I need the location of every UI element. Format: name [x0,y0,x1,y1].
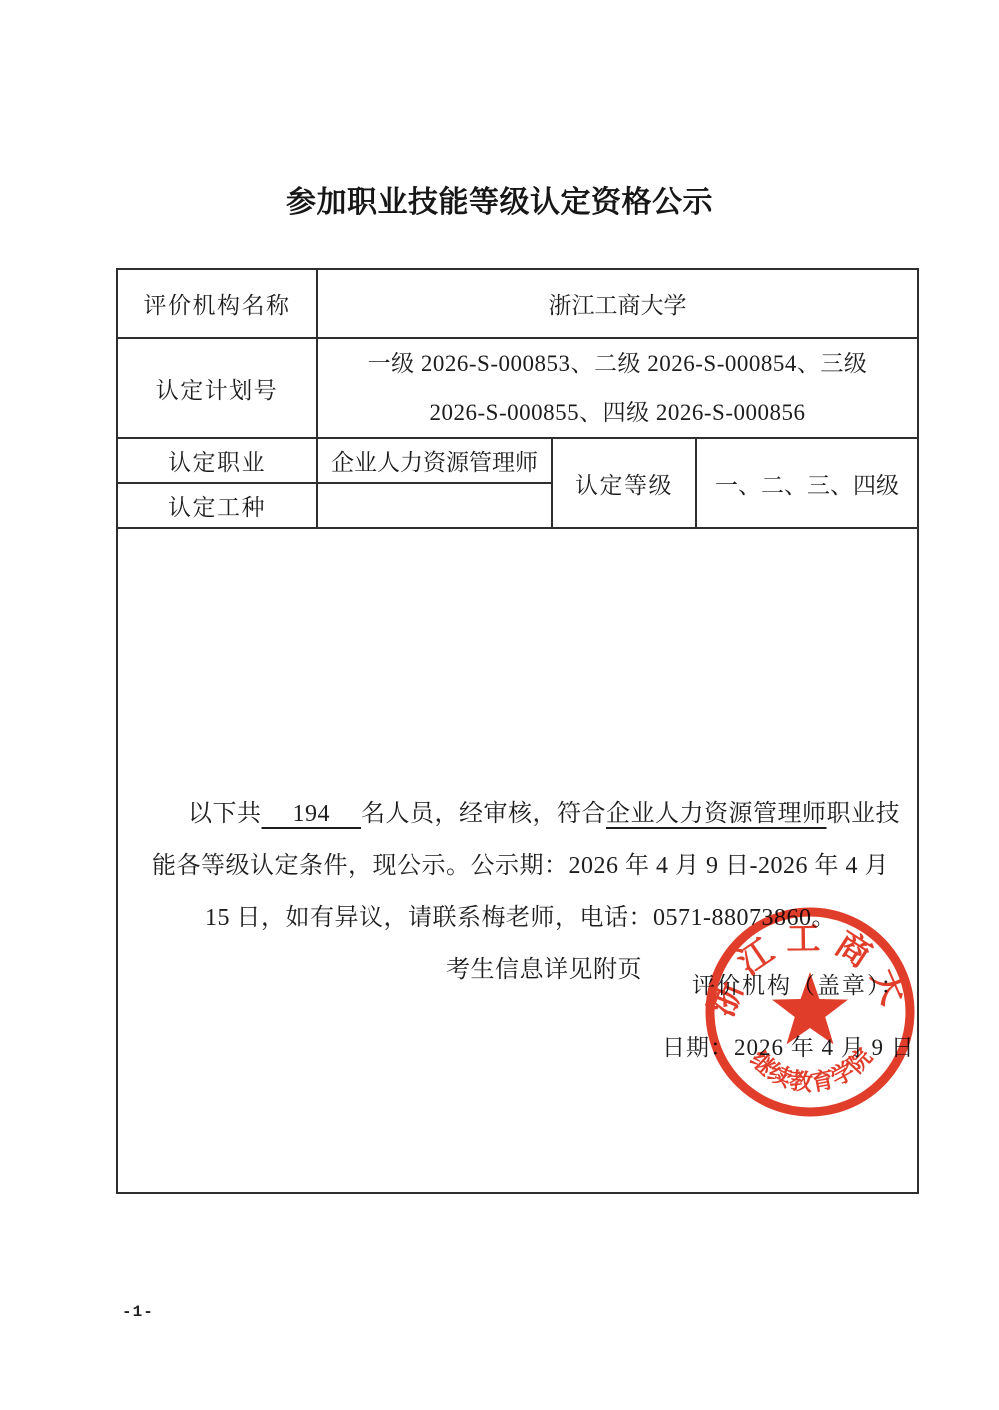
seal-bottom-text: 继续教育学院 [746,1043,878,1096]
notice-line-2: 能各等级认定条件，现公示。公示期：2026 年 4 月 9 日-2026 年 4… [132,840,909,892]
notice-body-cell: 以下共 194 名人员，经审核，符合企业人力资源管理师职业技 能各等级认定条件，… [117,528,918,1193]
certification-info-table: 评价机构名称 浙江工商大学 认定计划号 一级 2026-S-000853、二级 … [116,268,919,1194]
notice-text: 职业技 [827,801,901,827]
occupation-underlined: 企业人力资源管理师 [606,801,827,827]
plan-number-value: 一级 2026-S-000853、二级 2026-S-000854、三级 202… [317,338,918,438]
occupation-label: 认定职业 [117,438,317,483]
notice-text: 以下共 [188,801,262,827]
plan-number-label: 认定计划号 [117,338,317,438]
level-value: 一、二、三、四级 [696,438,918,528]
seal-star-icon [772,972,848,1044]
table-row: 认定计划号 一级 2026-S-000853、二级 2026-S-000854、… [117,338,918,438]
table-row: 评价机构名称 浙江工商大学 [117,269,918,338]
page-title: 参加职业技能等级认定资格公示 [0,177,999,221]
notice-text: 名人员，经审核，符合 [361,801,606,827]
document-page: 参加职业技能等级认定资格公示 评价机构名称 浙江工商大学 认定计划号 一级 20… [0,0,999,1410]
org-name-label: 评价机构名称 [117,269,317,338]
level-label: 认定等级 [552,438,696,528]
plan-number-line-2: 2026-S-000855、四级 2026-S-000856 [318,388,917,437]
org-name-value: 浙江工商大学 [317,269,918,338]
plan-number-line-1: 一级 2026-S-000853、二级 2026-S-000854、三级 [318,339,917,388]
notice-line-1: 以下共 194 名人员，经审核，符合企业人力资源管理师职业技 [132,788,909,840]
candidate-count-underlined: 194 [262,801,362,827]
table-row: 认定职业 企业人力资源管理师 认定等级 一、二、三、四级 [117,438,918,483]
worktype-value [317,483,552,528]
occupation-value: 企业人力资源管理师 [317,438,552,483]
page-number: -1- [122,1303,154,1321]
university-seal-stamp: 浙江工商大学 继续教育学院 [695,897,925,1127]
table-row: 以下共 194 名人员，经审核，符合企业人力资源管理师职业技 能各等级认定条件，… [117,528,918,1193]
worktype-label: 认定工种 [117,483,317,528]
